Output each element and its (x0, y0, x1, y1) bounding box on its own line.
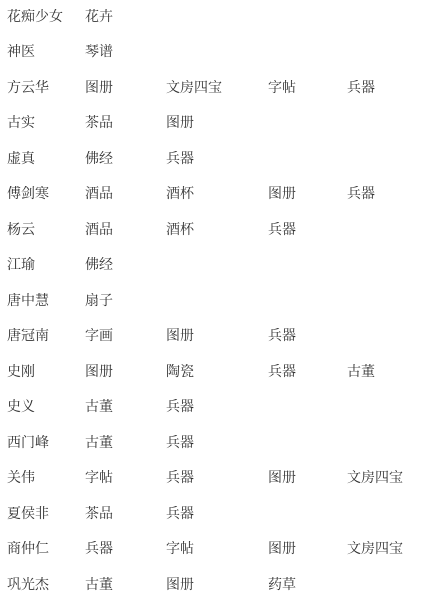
item-cell: 图册 (85, 80, 166, 94)
name-cell: 西门峰 (7, 435, 85, 449)
table-row: 方云华 图册 文房四宝 字帖 兵器 (7, 71, 431, 107)
table-row: 神医 琴谱 (7, 36, 431, 72)
item-cell: 茶品 (85, 115, 166, 129)
table-row: 唐中慧 扇子 (7, 284, 431, 320)
item-cell: 兵器 (268, 364, 347, 378)
table-row: 史刚 图册 陶瓷 兵器 古董 (7, 355, 431, 391)
item-cell: 古董 (347, 364, 431, 378)
name-cell: 江瑜 (7, 257, 85, 271)
table-row: 史义 古董 兵器 (7, 391, 431, 427)
item-cell: 茶品 (85, 506, 166, 520)
table-row: 古实 茶品 图册 (7, 107, 431, 143)
item-cell: 酒品 (85, 186, 166, 200)
item-cell: 兵器 (347, 80, 431, 94)
item-cell: 兵器 (166, 399, 268, 413)
name-cell: 古实 (7, 115, 85, 129)
gift-preference-table: 花痴少女 花卉 神医 琴谱 方云华 图册 文房四宝 字帖 兵器 古实 茶品 图册… (0, 0, 431, 604)
item-cell: 佛经 (85, 151, 166, 165)
item-cell: 古董 (85, 399, 166, 413)
table-row: 商仲仁 兵器 字帖 图册 文房四宝 (7, 533, 431, 569)
table-row: 关伟 字帖 兵器 图册 文房四宝 (7, 462, 431, 498)
name-cell: 杨云 (7, 222, 85, 236)
name-cell: 商仲仁 (7, 541, 85, 555)
name-cell: 神医 (7, 44, 85, 58)
name-cell: 唐冠南 (7, 328, 85, 342)
name-cell: 花痴少女 (7, 9, 85, 23)
item-cell: 兵器 (166, 470, 268, 484)
table-row: 西门峰 古董 兵器 (7, 426, 431, 462)
name-cell: 关伟 (7, 470, 85, 484)
name-cell: 方云华 (7, 80, 85, 94)
item-cell: 古董 (85, 435, 166, 449)
table-row: 夏侯非 茶品 兵器 (7, 497, 431, 533)
item-cell: 药草 (268, 577, 347, 591)
item-cell: 字帖 (85, 470, 166, 484)
item-cell: 兵器 (166, 435, 268, 449)
item-cell: 文房四宝 (347, 541, 431, 555)
item-cell: 兵器 (268, 328, 347, 342)
table-row: 杨云 酒品 酒杯 兵器 (7, 213, 431, 249)
item-cell: 酒杯 (166, 186, 268, 200)
item-cell: 图册 (268, 541, 347, 555)
item-cell: 图册 (166, 115, 268, 129)
item-cell: 古董 (85, 577, 166, 591)
item-cell: 文房四宝 (347, 470, 431, 484)
name-cell: 夏侯非 (7, 506, 85, 520)
item-cell: 花卉 (85, 9, 166, 23)
item-cell: 兵器 (85, 541, 166, 555)
name-cell: 虚真 (7, 151, 85, 165)
table-row: 花痴少女 花卉 (7, 0, 431, 36)
name-cell: 巩光杰 (7, 577, 85, 591)
table-row: 唐冠南 字画 图册 兵器 (7, 320, 431, 356)
table-row: 江瑜 佛经 (7, 249, 431, 285)
table-row: 巩光杰 古董 图册 药草 (7, 568, 431, 604)
name-cell: 傅剑寒 (7, 186, 85, 200)
item-cell: 兵器 (166, 506, 268, 520)
item-cell: 图册 (268, 186, 347, 200)
item-cell: 图册 (166, 328, 268, 342)
item-cell: 兵器 (347, 186, 431, 200)
item-cell: 字帖 (166, 541, 268, 555)
item-cell: 图册 (85, 364, 166, 378)
item-cell: 酒品 (85, 222, 166, 236)
item-cell: 琴谱 (85, 44, 166, 58)
item-cell: 酒杯 (166, 222, 268, 236)
item-cell: 字帖 (268, 80, 347, 94)
name-cell: 唐中慧 (7, 293, 85, 307)
item-cell: 陶瓷 (166, 364, 268, 378)
item-cell: 佛经 (85, 257, 166, 271)
name-cell: 史刚 (7, 364, 85, 378)
name-cell: 史义 (7, 399, 85, 413)
item-cell: 图册 (166, 577, 268, 591)
item-cell: 兵器 (268, 222, 347, 236)
table-row: 虚真 佛经 兵器 (7, 142, 431, 178)
item-cell: 字画 (85, 328, 166, 342)
item-cell: 兵器 (166, 151, 268, 165)
item-cell: 图册 (268, 470, 347, 484)
item-cell: 扇子 (85, 293, 166, 307)
item-cell: 文房四宝 (166, 80, 268, 94)
table-row: 傅剑寒 酒品 酒杯 图册 兵器 (7, 178, 431, 214)
